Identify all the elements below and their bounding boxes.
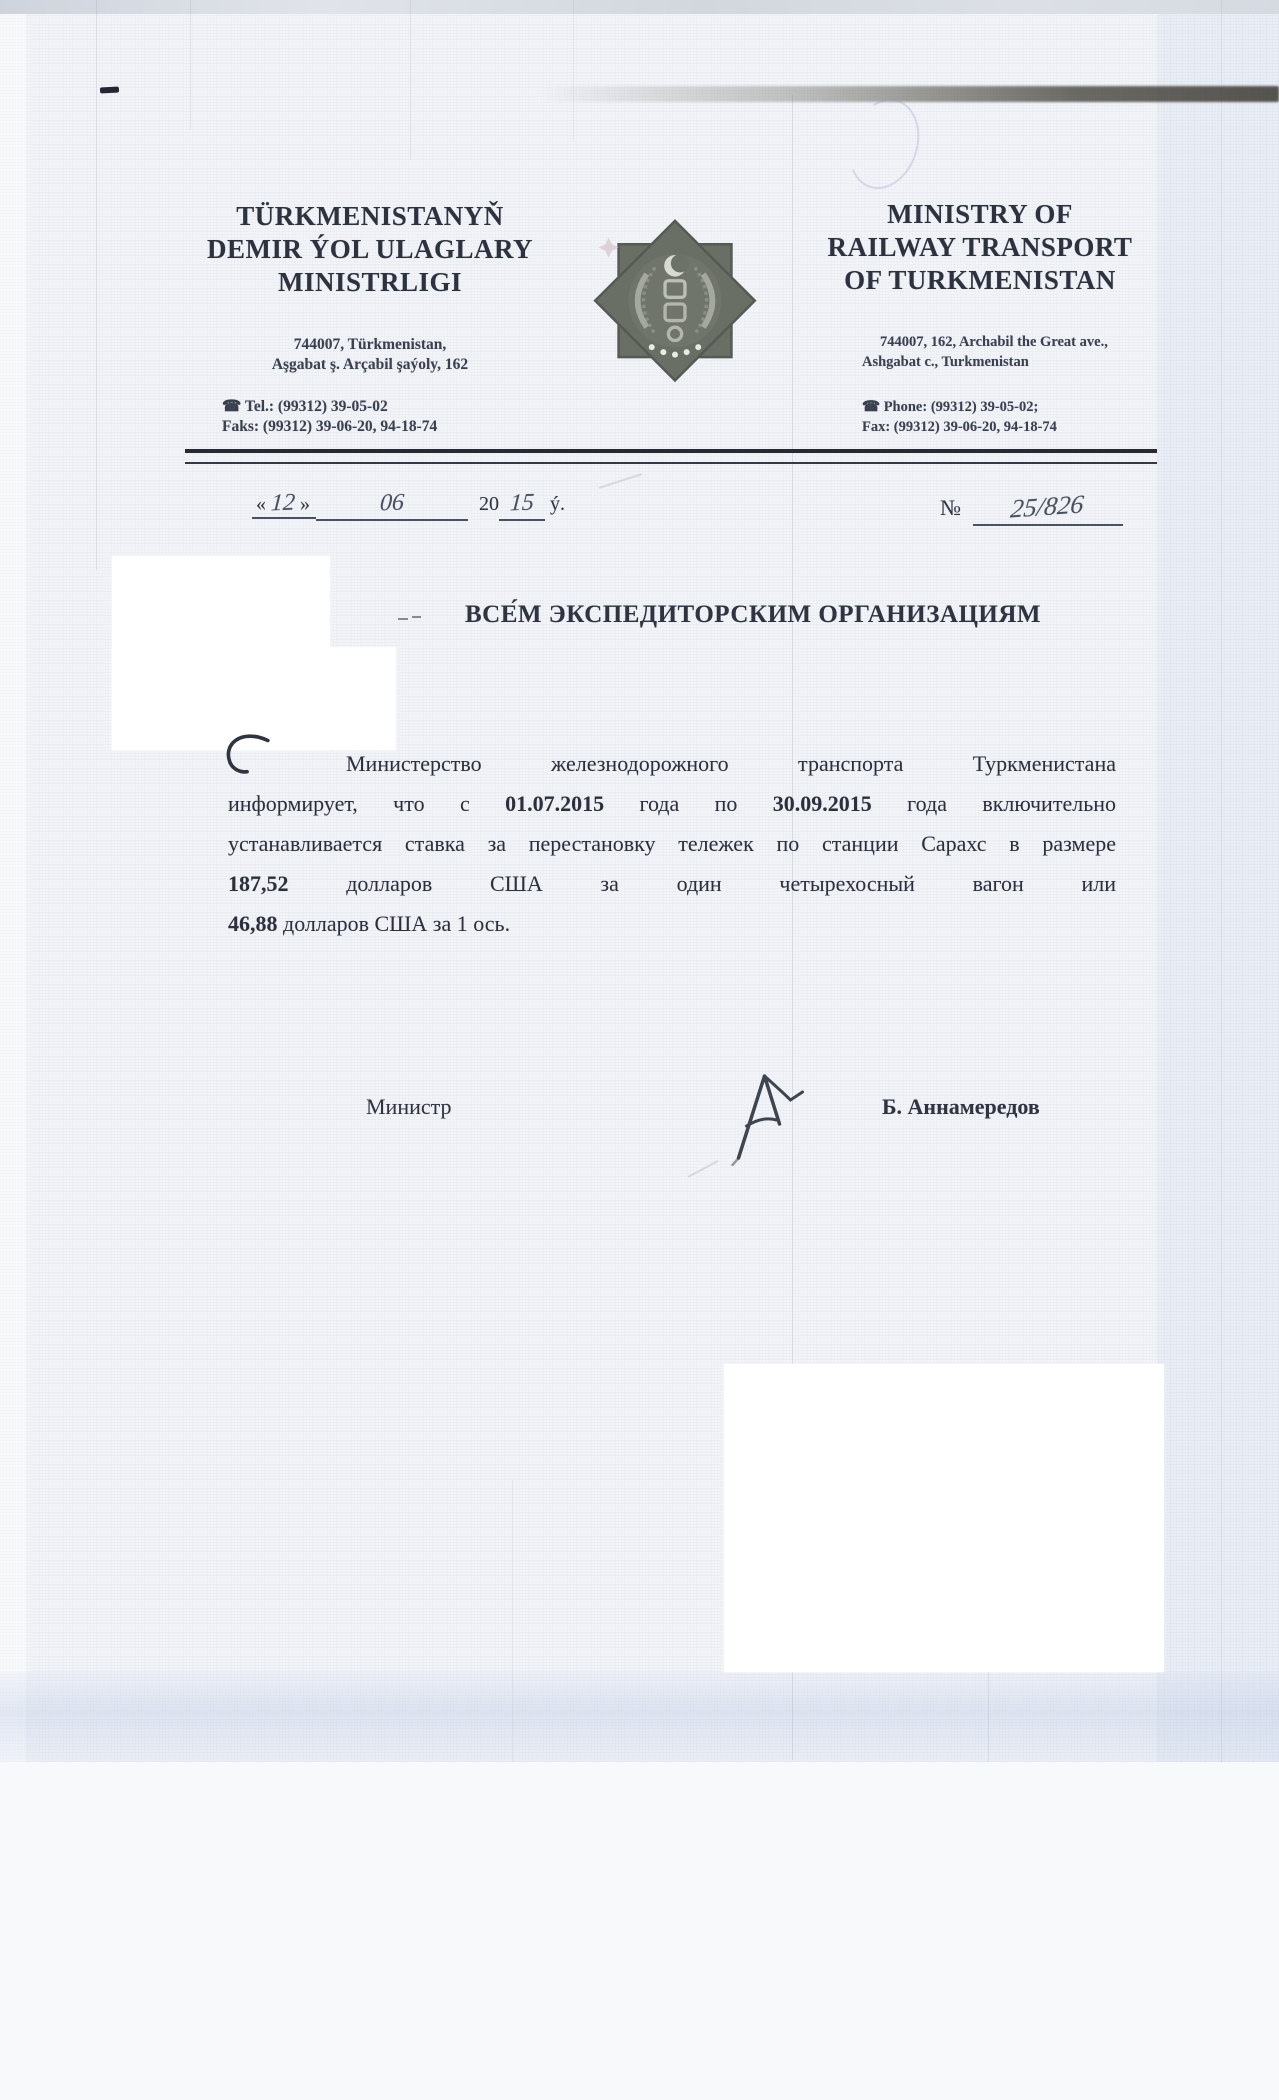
scan-left-edge-band — [0, 14, 26, 1762]
scan-top-edge-band — [0, 0, 1279, 14]
address-line: 744007, 162, Archabil the Great ave., — [862, 332, 1172, 352]
redaction-box — [724, 1364, 1164, 1672]
close-quote: » — [300, 493, 310, 515]
fold-line — [190, 0, 191, 130]
letterhead-right-title: MINISTRY OF RAILWAY TRANSPORT OF TURKMEN… — [800, 198, 1160, 297]
scan-area: TÜRKMENISTANYŇ DEMIR ÝOL ULAGLARY MINIST… — [0, 0, 1279, 1762]
fold-line — [1221, 0, 1222, 1762]
scan-right-edge-band — [1157, 14, 1279, 1762]
date-day-group: « 12 » — [252, 493, 316, 519]
number-group: 25/826 — [973, 492, 1123, 526]
letterhead-left-title-line: TÜRKMENISTANYŇ — [170, 200, 570, 233]
ministry-emblem-icon — [592, 210, 758, 388]
signature-mark — [722, 1066, 817, 1166]
tel-text: Phone: (99312) 39-05-02; — [884, 399, 1039, 415]
fold-line — [512, 1480, 513, 1762]
letterhead-left-address: 744007, Türkmenistan, Aşgabat ş. Arçabil… — [170, 335, 570, 375]
fold-line — [410, 0, 411, 160]
pencil-stroke-artifact — [688, 1160, 719, 1178]
body-segment: года по — [604, 791, 773, 816]
ink-dash-artifact — [100, 87, 119, 94]
letterhead-right-title-line: RAILWAY TRANSPORT — [800, 231, 1160, 264]
fax-line: Fax: (99312) 39-06-20, 94-18-74 — [862, 417, 1182, 437]
scanned-letter-page: TÜRKMENISTANYŇ DEMIR ÝOL ULAGLARY MINIST… — [0, 0, 1279, 2100]
fold-line — [96, 0, 97, 570]
number-label: № — [940, 495, 961, 520]
letterhead-left-title-line: MINISTRLIGI — [170, 266, 570, 299]
tel-line: ☎ Phone: (99312) 39-05-02; — [862, 397, 1182, 417]
body-segment: долларов США за 1 ось. — [278, 911, 511, 936]
body-segment: 187,52 — [228, 871, 289, 896]
handwritten-month: 06 — [379, 490, 405, 518]
date-line: « 12 »06 2015 ý. — [252, 490, 565, 521]
letterhead-divider-rule — [185, 449, 1157, 464]
reference-number-line: № 25/826 — [940, 492, 1123, 526]
body-line: устанавливается ставка за перестановку т… — [228, 824, 1116, 864]
tel-line: ☎ Tel.: (99312) 39-05-02 — [222, 397, 582, 417]
handwritten-day: 12 — [270, 490, 296, 518]
body-segment: 46,88 — [228, 911, 278, 936]
tel-text: Tel.: (99312) 39-05-02 — [245, 398, 388, 415]
address-line: 744007, Türkmenistan, — [170, 335, 570, 355]
ink-tick-artifact — [398, 618, 408, 620]
letterhead-left-title-line: DEMIR ÝOL ULAGLARY — [170, 233, 570, 266]
open-quote: « — [256, 493, 266, 515]
fax-line: Faks: (99312) 39-06-20, 94-18-74 — [222, 417, 582, 437]
year-prefix: 20 — [479, 493, 499, 515]
handwritten-number: 25/826 — [1009, 490, 1085, 525]
letter-body: Министерство железнодорожного транспорта… — [228, 744, 1116, 944]
date-year-group: 15 — [499, 490, 545, 521]
body-segment: Министерство железнодорожного транспорта… — [346, 751, 1116, 776]
body-segment: устанавливается ставка за перестановку т… — [228, 831, 1116, 856]
letterhead-right-phones: ☎ Phone: (99312) 39-05-02; Fax: (99312) … — [862, 397, 1182, 437]
letterhead-right-title-line: MINISTRY OF — [800, 198, 1160, 231]
letterhead-right-address: 744007, 162, Archabil the Great ave., As… — [862, 332, 1172, 372]
body-segment: 30.09.2015 — [773, 791, 872, 816]
signer-name: Б. Аннамередов — [882, 1094, 1040, 1120]
phone-icon: ☎ — [862, 399, 880, 415]
letterhead-left-title: TÜRKMENISTANYŇ DEMIR ÝOL ULAGLARY MINIST… — [170, 200, 570, 299]
scan-bottom-edge-band — [0, 1672, 1279, 1762]
body-segment: информирует, что с — [228, 791, 505, 816]
year-suffix: ý. — [550, 493, 565, 515]
handwritten-year: 15 — [509, 490, 535, 518]
pencil-stroke-artifact — [599, 473, 642, 489]
phone-icon: ☎ — [222, 398, 241, 415]
date-month-group: 06 — [316, 490, 468, 521]
letterhead-left-phones: ☎ Tel.: (99312) 39-05-02 Faks: (99312) 3… — [222, 397, 582, 437]
body-segment: долларов США за один четырехосный вагон … — [289, 871, 1117, 896]
scan-smudge-artifact — [540, 86, 1279, 102]
body-segment: 01.07.2015 — [505, 791, 604, 816]
faint-pen-loop-artifact — [837, 90, 930, 199]
body-segment: года включительно — [872, 791, 1116, 816]
body-line: 46,88 долларов США за 1 ось. — [228, 904, 1116, 944]
signer-role: Министр — [366, 1094, 452, 1120]
fold-line — [573, 0, 574, 140]
body-line: Министерство железнодорожного транспорта… — [228, 744, 1116, 784]
address-line: Ashgabat c., Turkmenistan — [862, 352, 1172, 372]
address-line: Aşgabat ş. Arçabil şaýoly, 162 — [170, 355, 570, 375]
letter-heading: ВСЕ́М ЭКСПЕДИТОРСКИМ ОРГАНИЗАЦИЯМ — [408, 601, 1098, 629]
letterhead-right-title-line: OF TURKMENISTAN — [800, 264, 1160, 297]
body-line: 187,52 долларов США за один четырехосный… — [228, 864, 1116, 904]
body-line: информирует, что с 01.07.2015 года по 30… — [228, 784, 1116, 824]
pen-mark-icon — [220, 732, 272, 776]
